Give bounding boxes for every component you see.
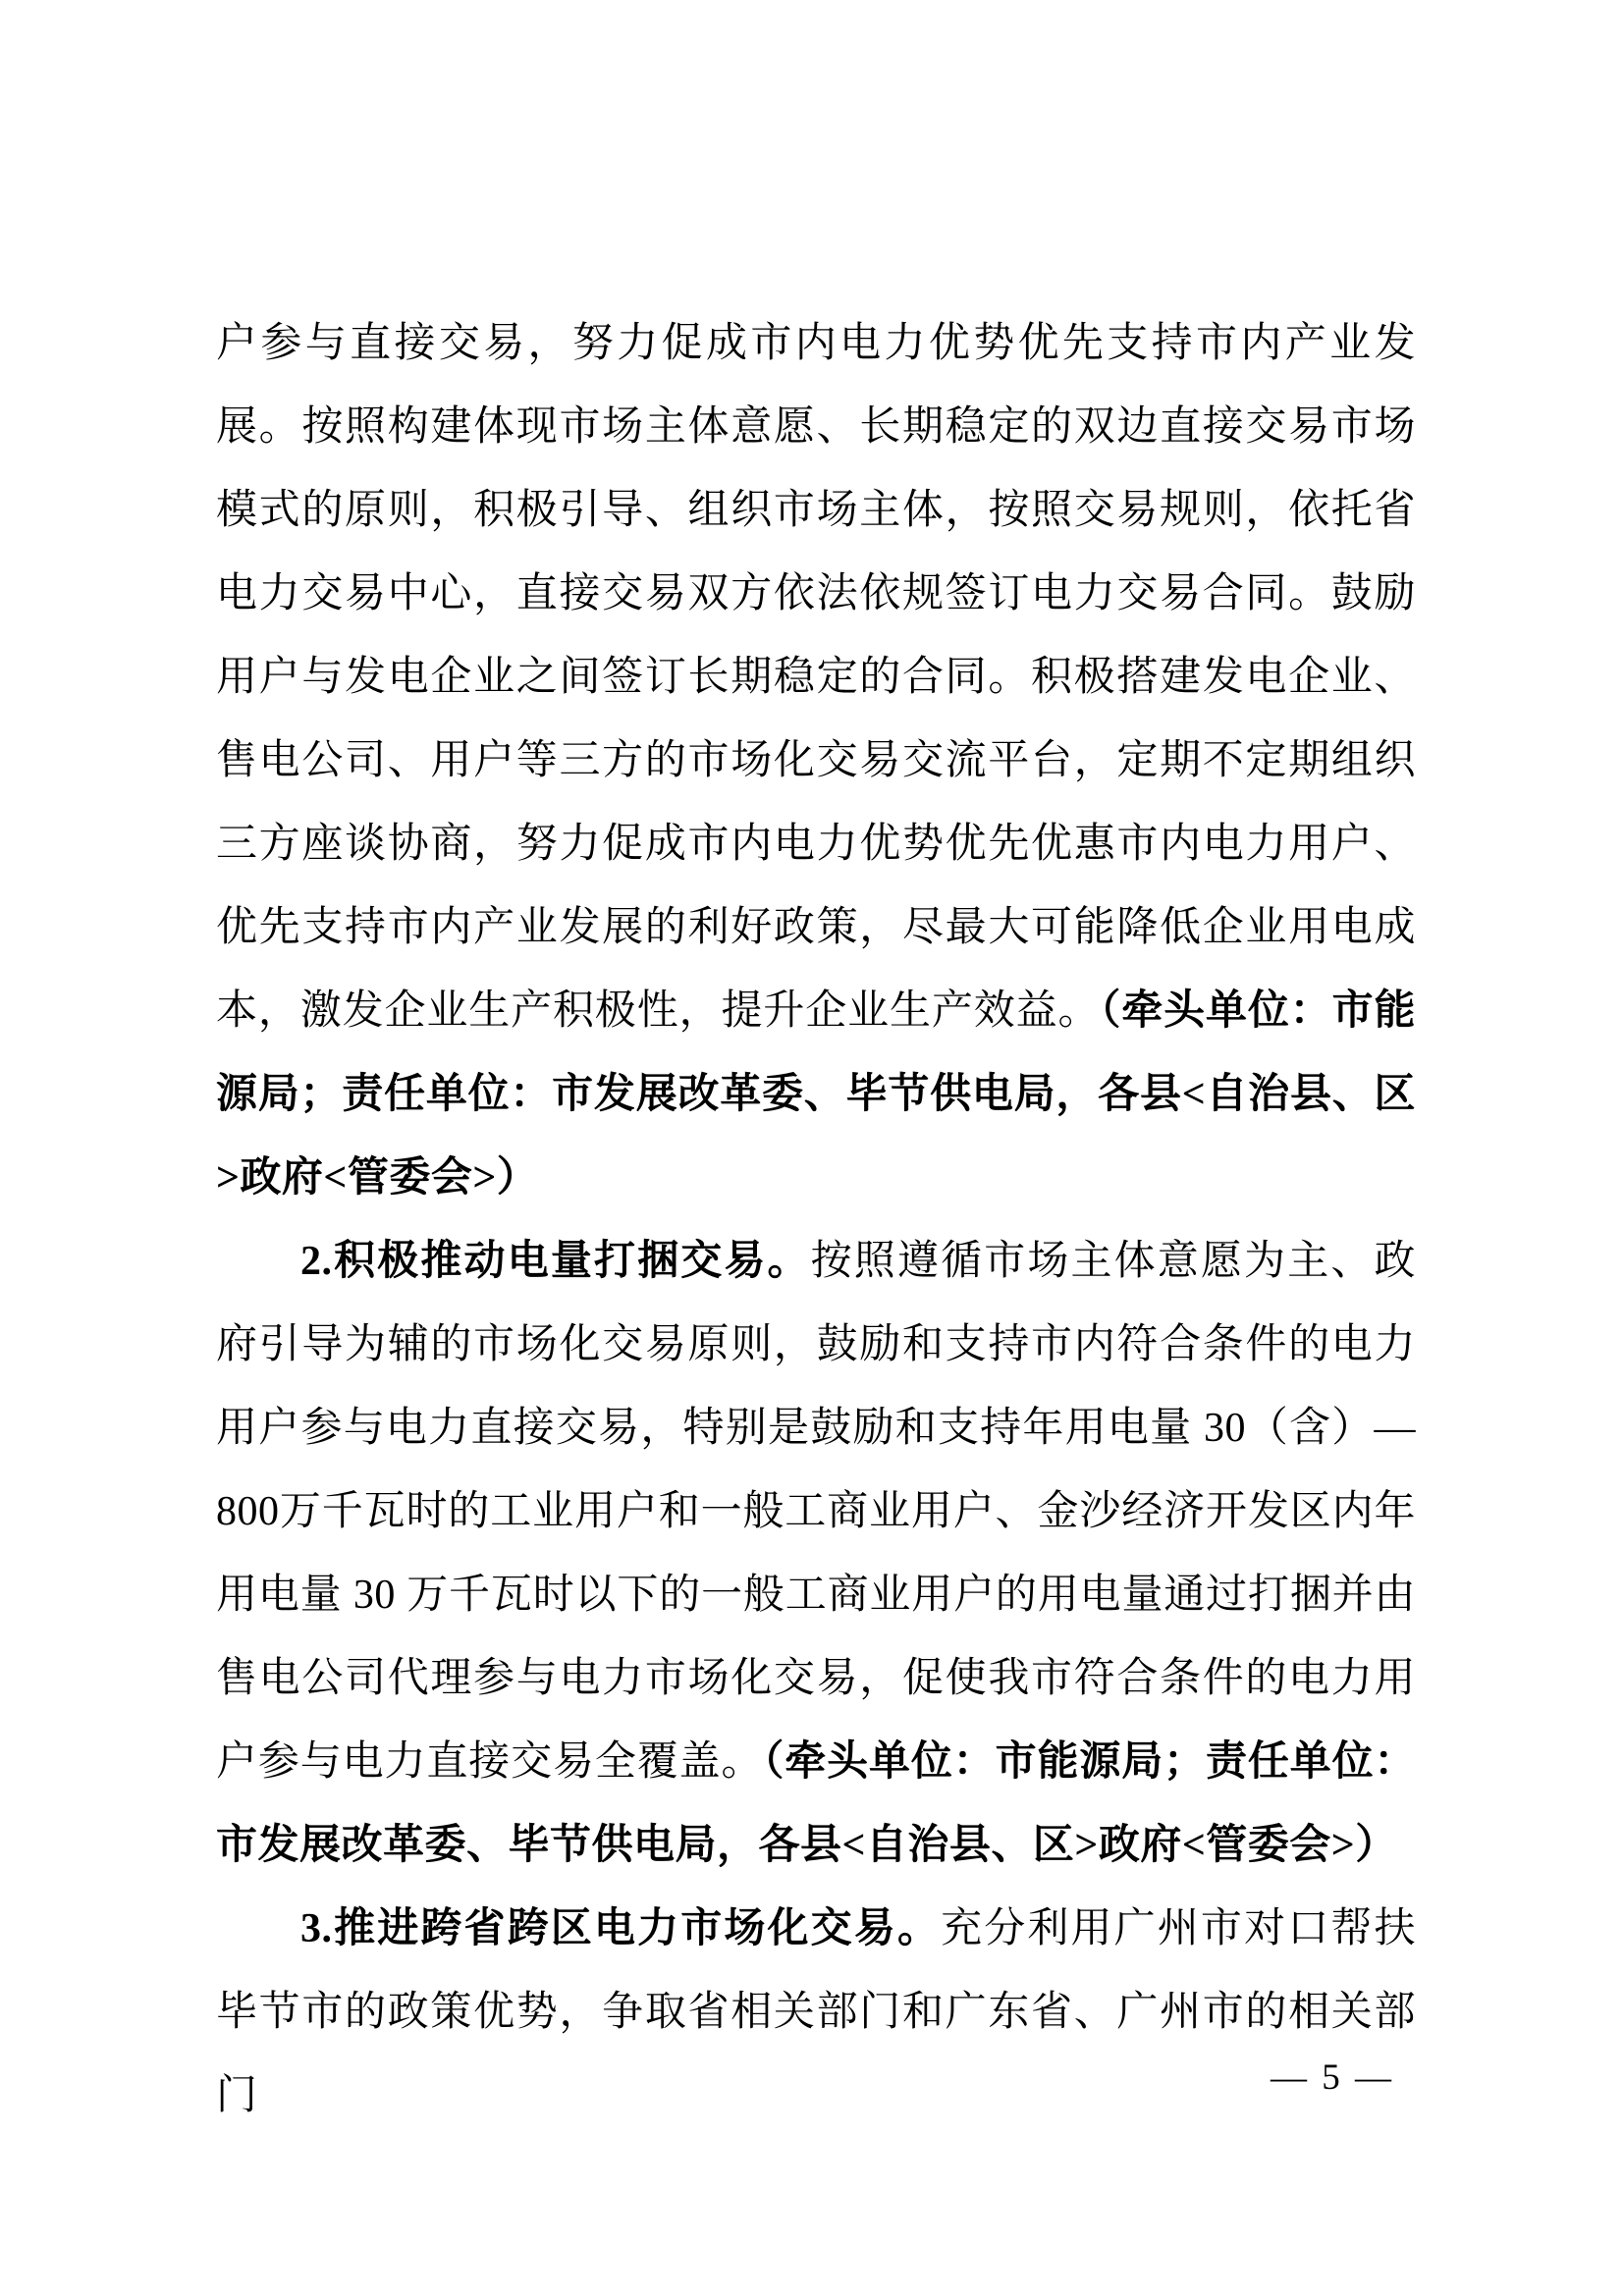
- page-number: — 5 —: [1271, 2056, 1394, 2100]
- bold-text-run: 3.推进跨省跨区电力市场化交易。: [300, 1906, 941, 1951]
- text-run: 户参与直接交易，努力促成市内电力优势优先支持市内产业发展。按照构建体现市场主体意…: [216, 321, 1416, 1034]
- bold-text-run: 2.积极推动电量打捆交易。: [300, 1239, 811, 1284]
- document-body: 户参与直接交易，努力促成市内电力优势优先支持市内产业发展。按照构建体现市场主体意…: [216, 302, 1416, 2138]
- document-page: 户参与直接交易，努力促成市内电力优势优先支持市内产业发展。按照构建体现市场主体意…: [0, 0, 1623, 2296]
- paragraph-2: 2.积极推动电量打捆交易。按照遵循市场主体意愿为主、政府引导为辅的市场化交易原则…: [216, 1220, 1416, 1888]
- paragraph-1: 户参与直接交易，努力促成市内电力优势优先支持市内产业发展。按照构建体现市场主体意…: [216, 302, 1416, 1220]
- text-run: 按照遵循市场主体意愿为主、政府引导为辅的市场化交易原则，鼓励和支持市内符合条件的…: [216, 1239, 1416, 1785]
- paragraph-3: 3.推进跨省跨区电力市场化交易。充分利用广州市对口帮扶毕节市的政策优势，争取省相…: [216, 1888, 1416, 2138]
